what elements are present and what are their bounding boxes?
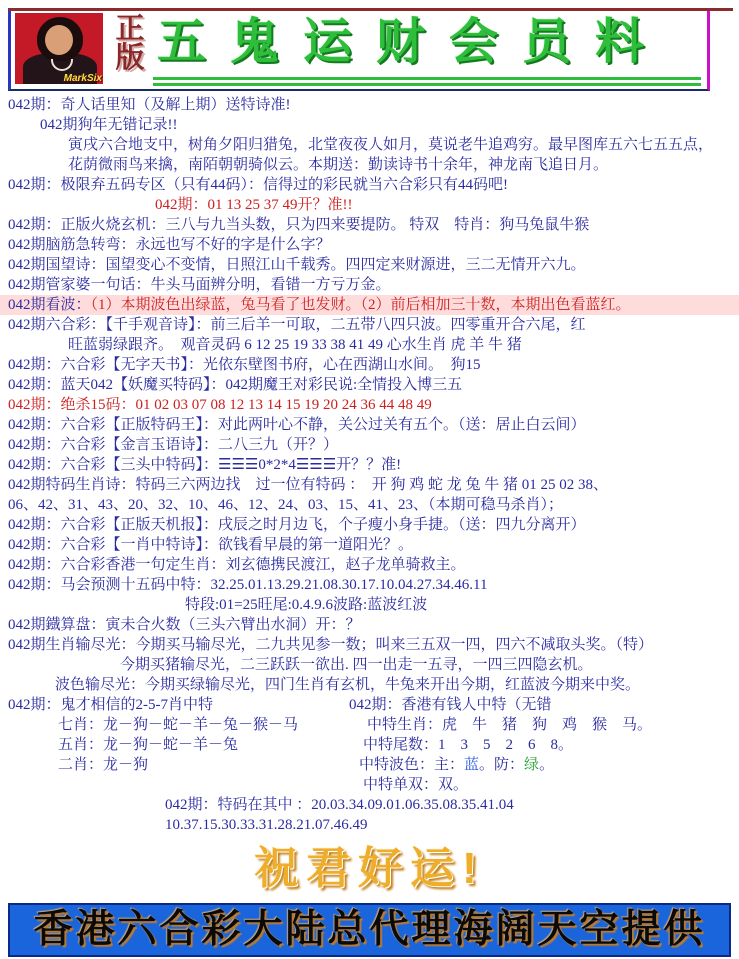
- text-line: 中特单双：双。: [345, 775, 739, 795]
- text-line: 042期：六合彩【正版天机报】：戌辰之时月边飞，个子瘦小身手捷。（送：四九分离开…: [0, 515, 739, 535]
- text-line: 042期国望诗：国望变心不变情，日照江山千载秀。四四定来财源进，三二无情开六九。: [0, 255, 739, 275]
- text-line: 042期：六合彩【一肖中特诗】：欲钱看早晨的第一道阳光？。: [0, 535, 739, 555]
- text-line: 042期六合彩：【千手观音诗】：前三后羊一可取，二五带八四只波。四零重开合六尾，…: [0, 315, 739, 335]
- text-line: 042期：绝杀15码：01 02 03 07 08 12 13 14 15 19…: [0, 395, 739, 415]
- text-line: 寅戌六合地支中，树角夕阳归猎兔，北堂夜夜人如月，莫说老牛追鸡穷。最早图库五六七五…: [0, 135, 739, 155]
- text-line: 七肖：龙－狗－蛇－羊－兔－猴－马: [0, 715, 345, 735]
- text-line: 042期：马会预测十五码中特：32.25.01.13.29.21.08.30.1…: [0, 575, 739, 595]
- title-underline: [153, 83, 701, 86]
- text-line: 042期：特码在其中 ：20.03.34.09.01.06.35.08.35.4…: [0, 795, 739, 815]
- text-line: 042期：奇人话里知（及解上期）送特诗准!: [0, 95, 739, 115]
- hostess-photo: MarkSix: [15, 13, 103, 84]
- text-line: 042期狗年无错记录!!: [0, 115, 739, 135]
- photo-caption: MarkSix: [64, 73, 102, 84]
- text-line: 042期：极限弃五码专区（只有44码）：信得过的彩民就当六合彩只有44码吧!: [0, 175, 739, 195]
- text-line: 042期脑筋急转弯：永远也写不好的字是什么字？: [0, 235, 739, 255]
- text-line: 042期：六合彩【三头中特码】：☰☰☰0*2*4☰☰☰开？？准!: [0, 455, 739, 475]
- text-line: 042期：六合彩【正版特码王】：对此两叶心不静，关公过关有五个。（送：居止白云间…: [0, 415, 739, 435]
- authentic-stamp: 正版: [113, 15, 147, 73]
- bottom-banner: 香港六合彩大陆总代理海阔天空提供: [8, 903, 731, 957]
- text-line: 042期：01 13 25 37 49开？准!!: [0, 195, 739, 215]
- page-title: 五鬼运财会员料: [157, 17, 668, 67]
- title-underline: [153, 77, 701, 80]
- text-line: 042期：六合彩【金言玉语诗】：二八三九（开？）: [0, 435, 739, 455]
- text-line: 10.37.15.30.33.31.28.21.07.46.49: [0, 815, 739, 835]
- text-line: 特段:01=25旺尾:0.4.9.6波路:蓝波红波: [0, 595, 739, 615]
- text-line: 二肖：龙－狗: [0, 755, 345, 775]
- text-line: 旺蓝弱绿跟齐。 观音灵码 6 12 25 19 33 38 41 49 心水生肖…: [0, 335, 739, 355]
- good-luck-wish: 祝君好运!: [0, 843, 739, 895]
- text-line: 042期管家婆一句话：牛头马面辨分明，看错一方亏万金。: [0, 275, 739, 295]
- text-line: 042期看波：（1）本期波色出绿蓝，兔马看了也发财。（2）前后相加三十数，本期出…: [0, 295, 739, 315]
- text-line: 042期：六合彩【无字天书】：光依东壁图书府，心在西湖山水间。 狗15: [0, 355, 739, 375]
- text-line: 花荫微雨鸟来擒，南陌朝朝骑似云。本期送：勤读诗书十余年，神龙南飞追日月。: [0, 155, 739, 175]
- text-line: 042期生肖输尽光：今期买马输尽光，二九共见参一数；叫来三五双一四，四六不减取头…: [0, 635, 739, 655]
- text-line: 中特尾数：1 3 5 2 6 8。: [345, 735, 739, 755]
- photo-face: [45, 25, 73, 55]
- text-line: 042期：六合彩香港一句定生肖：刘玄德携民渡江，赵子龙单骑救主。: [0, 555, 739, 575]
- text-line: 042期特码生肖诗：特码三六两边找 过一位有特码 ： 开 狗 鸡 蛇 龙 兔 牛…: [0, 475, 739, 495]
- text-line: 06、42、31、43、20、32、10、46、12、24、03、15、41、2…: [0, 495, 739, 515]
- text-line: 波色输尽光：今期买绿输尽光，四门生肖有玄机，牛兔来开出今期，红蓝波今期来中奖。: [0, 675, 739, 695]
- column-left: 042期：鬼才相信的2-5-7肖中特 七肖：龙－狗－蛇－羊－兔－猴－马 五肖：龙…: [0, 695, 345, 795]
- two-column-block: 042期：鬼才相信的2-5-7肖中特 七肖：龙－狗－蛇－羊－兔－猴－马 五肖：龙…: [0, 695, 739, 795]
- tips-body: 042期：奇人话里知（及解上期）送特诗准! 042期狗年无错记录!! 寅戌六合地…: [0, 95, 739, 835]
- column-right: 042期：香港有钱人中特（无错 中特生肖：虎 牛 猪 狗 鸡 猴 马。 中特尾数…: [345, 695, 739, 795]
- text-line: 042期：香港有钱人中特（无错: [345, 695, 739, 715]
- text-line: 042期：鬼才相信的2-5-7肖中特: [0, 695, 345, 715]
- text-line: 今期买猪输尽光，二三跃跃一欲出. 四一出走一五寻，一四三四隐玄机。: [0, 655, 739, 675]
- text-line: 中特生肖：虎 牛 猪 狗 鸡 猴 马。: [345, 715, 739, 735]
- text-line: 042期：正版火烧玄机：三八与九当头数，只为四来要提防。 特双 特肖：狗马兔鼠牛…: [0, 215, 739, 235]
- text-line: 042期鐡算盘：寅未合火数（三头六臂出水洞）开：？: [0, 615, 739, 635]
- text-line: 五肖：龙－狗－蛇－羊－兔: [0, 735, 345, 755]
- text-line: 中特波色：主：蓝。防：绿。: [345, 755, 739, 775]
- masthead: MarkSix 正版 五鬼运财会员料: [8, 11, 710, 91]
- text-line: 042期：蓝天042【妖魔买特码】：042期魔王对彩民说:全情投入博三五: [0, 375, 739, 395]
